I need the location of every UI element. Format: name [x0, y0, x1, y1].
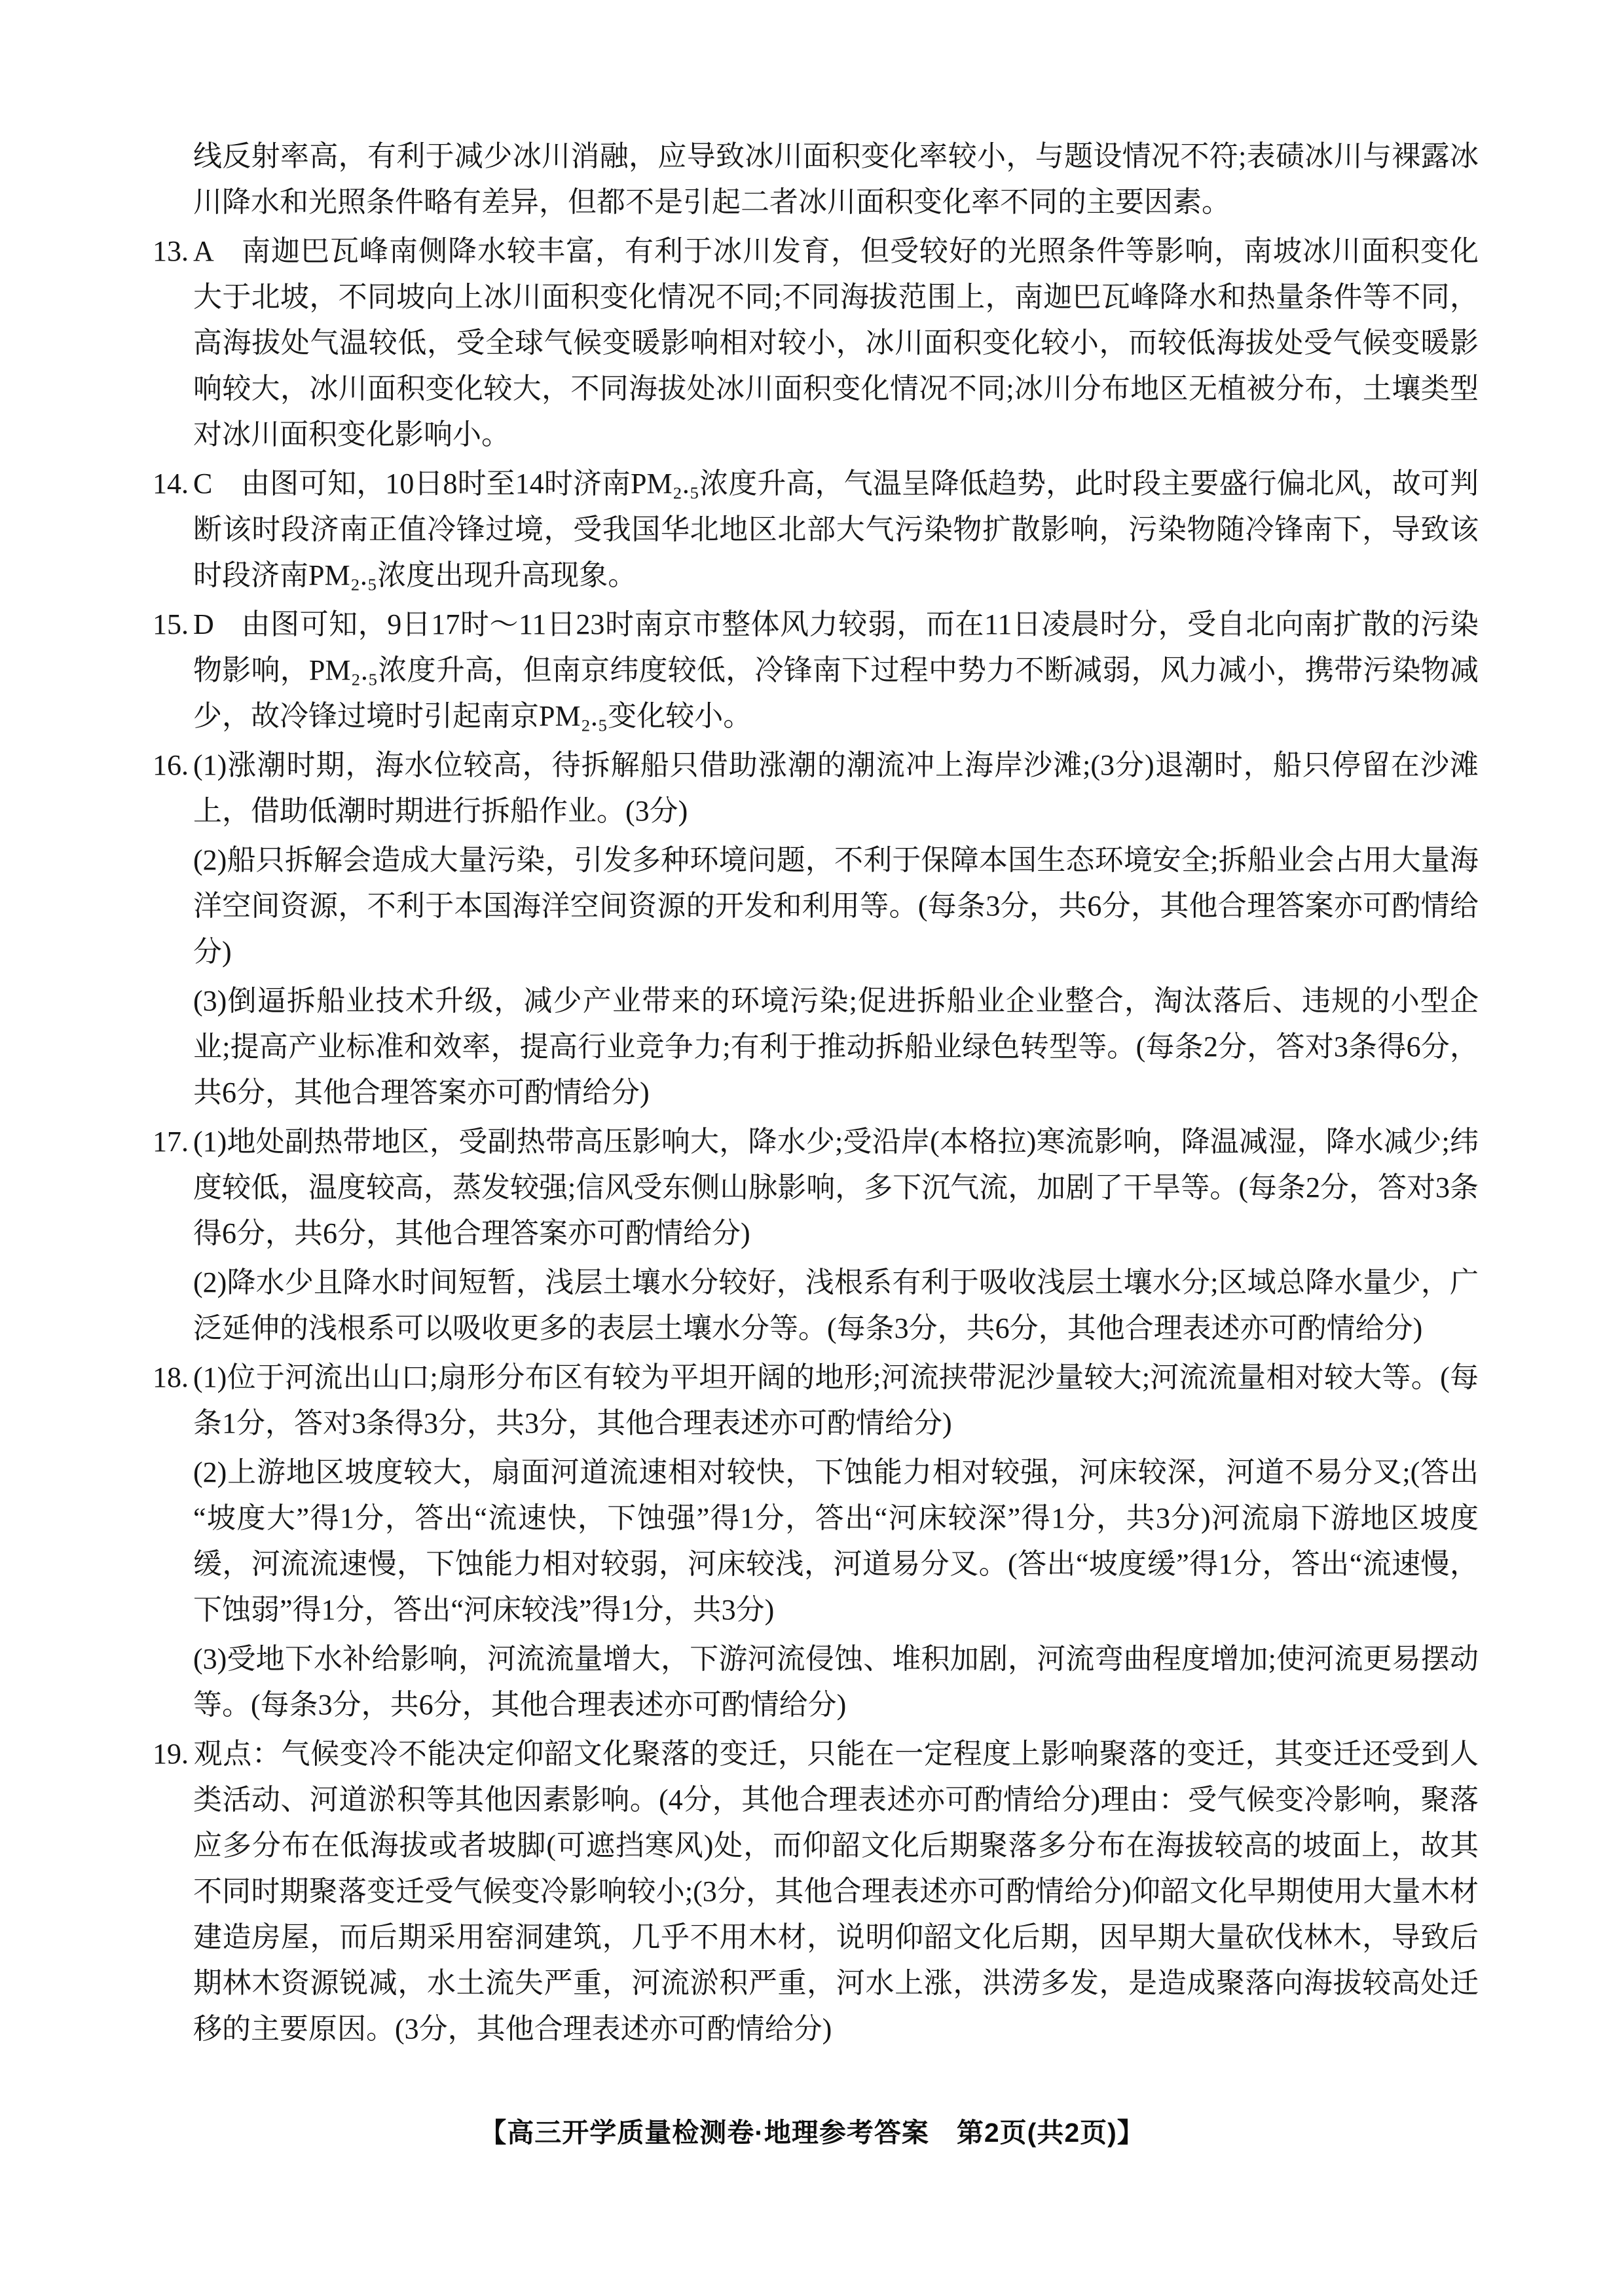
answer-item-19: 19.观点：气候变冷不能决定仰韶文化聚落的变迁，只能在一定程度上影响聚落的变迁，… [153, 1731, 1479, 2052]
answer-16-part-2: (2)船只拆解会造成大量污染，引发多种环境问题，不利于保障本国生态环境安全;拆船… [193, 837, 1479, 975]
answer-17-part-1-text: (1)地处副热带地区，受副热带高压影响大，降水少;受沿岸(本格拉)寒流影响，降温… [193, 1126, 1479, 1249]
answer-item-18: 18.(1)位于河流出山口;扇形分布区有较为平坦开阔的地形;河流挟带泥沙量较大;… [153, 1355, 1479, 1728]
answer-16-part-3: (3)倒逼拆船业技术升级，减少产业带来的环境污染;促进拆船业企业整合，淘汰落后、… [193, 978, 1479, 1116]
answer-text-19: 观点：气候变冷不能决定仰韶文化聚落的变迁，只能在一定程度上影响聚落的变迁，其变迁… [193, 1738, 1479, 2045]
answer-number-15: 15. [153, 602, 193, 648]
answer-16-part-1-text: (1)涨潮时期，海水位较高，待拆解船只借助涨潮的潮流冲上海岸沙滩;(3分)退潮时… [193, 749, 1479, 827]
answer-letter-14: C [193, 461, 241, 507]
answer-18-part-2: (2)上游地区坡度较大，扇面河道流速相对较快，下蚀能力相对较强，河床较深，河道不… [193, 1450, 1479, 1633]
answer-item-13: 13.A南迦巴瓦峰南侧降水较丰富，有利于冰川发育，但受较好的光照条件等影响，南坡… [153, 229, 1479, 458]
answer-item-16: 16.(1)涨潮时期，海水位较高，待拆解船只借助涨潮的潮流冲上海岸沙滩;(3分)… [153, 743, 1479, 1116]
answer-letter-15: D [193, 602, 241, 648]
page-footer: 【高三开学质量检测卷·地理参考答案 第2页(共2页)】 [0, 2114, 1624, 2152]
answer-letter-13: A [193, 229, 241, 274]
answer-text-15: 由图可知，9日17时～11日23时南京市整体风力较弱，而在11日凌晨时分，受自北… [193, 608, 1479, 732]
answer-12-continuation-text: 线反射率高，有利于减少冰川消融，应导致冰川面积变化率较小，与题设情况不符;表碛冰… [193, 134, 1479, 225]
answer-sheet-page: 线反射率高，有利于减少冰川消融，应导致冰川面积变化率较小，与题设情况不符;表碛冰… [153, 134, 1479, 2055]
answer-number-18: 18. [153, 1355, 193, 1401]
answer-17-part-2: (2)降水少且降水时间短暂，浅层土壤水分较好，浅根系有利于吸收浅层土壤水分;区域… [193, 1260, 1479, 1351]
answer-18-part-1: 18.(1)位于河流出山口;扇形分布区有较为平坦开阔的地形;河流挟带泥沙量较大;… [153, 1355, 1479, 1446]
answer-item-14: 14.C由图可知，10日8时至14时济南PM₂.₅浓度升高，气温呈降低趋势，此时… [153, 461, 1479, 598]
answer-number-16: 16. [153, 743, 193, 788]
answer-16-part-1: 16.(1)涨潮时期，海水位较高，待拆解船只借助涨潮的潮流冲上海岸沙滩;(3分)… [153, 743, 1479, 834]
answer-18-part-1-text: (1)位于河流出山口;扇形分布区有较为平坦开阔的地形;河流挟带泥沙量较大;河流流… [193, 1361, 1479, 1439]
answer-text-14: 由图可知，10日8时至14时济南PM₂.₅浓度升高，气温呈降低趋势，此时段主要盛… [193, 468, 1479, 591]
answer-number-17: 17. [153, 1119, 193, 1165]
answer-number-13: 13. [153, 229, 193, 274]
answer-item-15: 15.D由图可知，9日17时～11日23时南京市整体风力较弱，而在11日凌晨时分… [153, 602, 1479, 739]
answer-number-14: 14. [153, 461, 193, 507]
answer-18-part-3: (3)受地下水补给影响，河流流量增大，下游河流侵蚀、堆积加剧，河流弯曲程度增加;… [193, 1636, 1479, 1728]
answer-17-part-1: 17.(1)地处副热带地区，受副热带高压影响大，降水少;受沿岸(本格拉)寒流影响… [153, 1119, 1479, 1257]
answer-text-13: 南迦巴瓦峰南侧降水较丰富，有利于冰川发育，但受较好的光照条件等影响，南坡冰川面积… [193, 235, 1479, 450]
answer-item-17: 17.(1)地处副热带地区，受副热带高压影响大，降水少;受沿岸(本格拉)寒流影响… [153, 1119, 1479, 1351]
answer-number-19: 19. [153, 1731, 193, 1777]
